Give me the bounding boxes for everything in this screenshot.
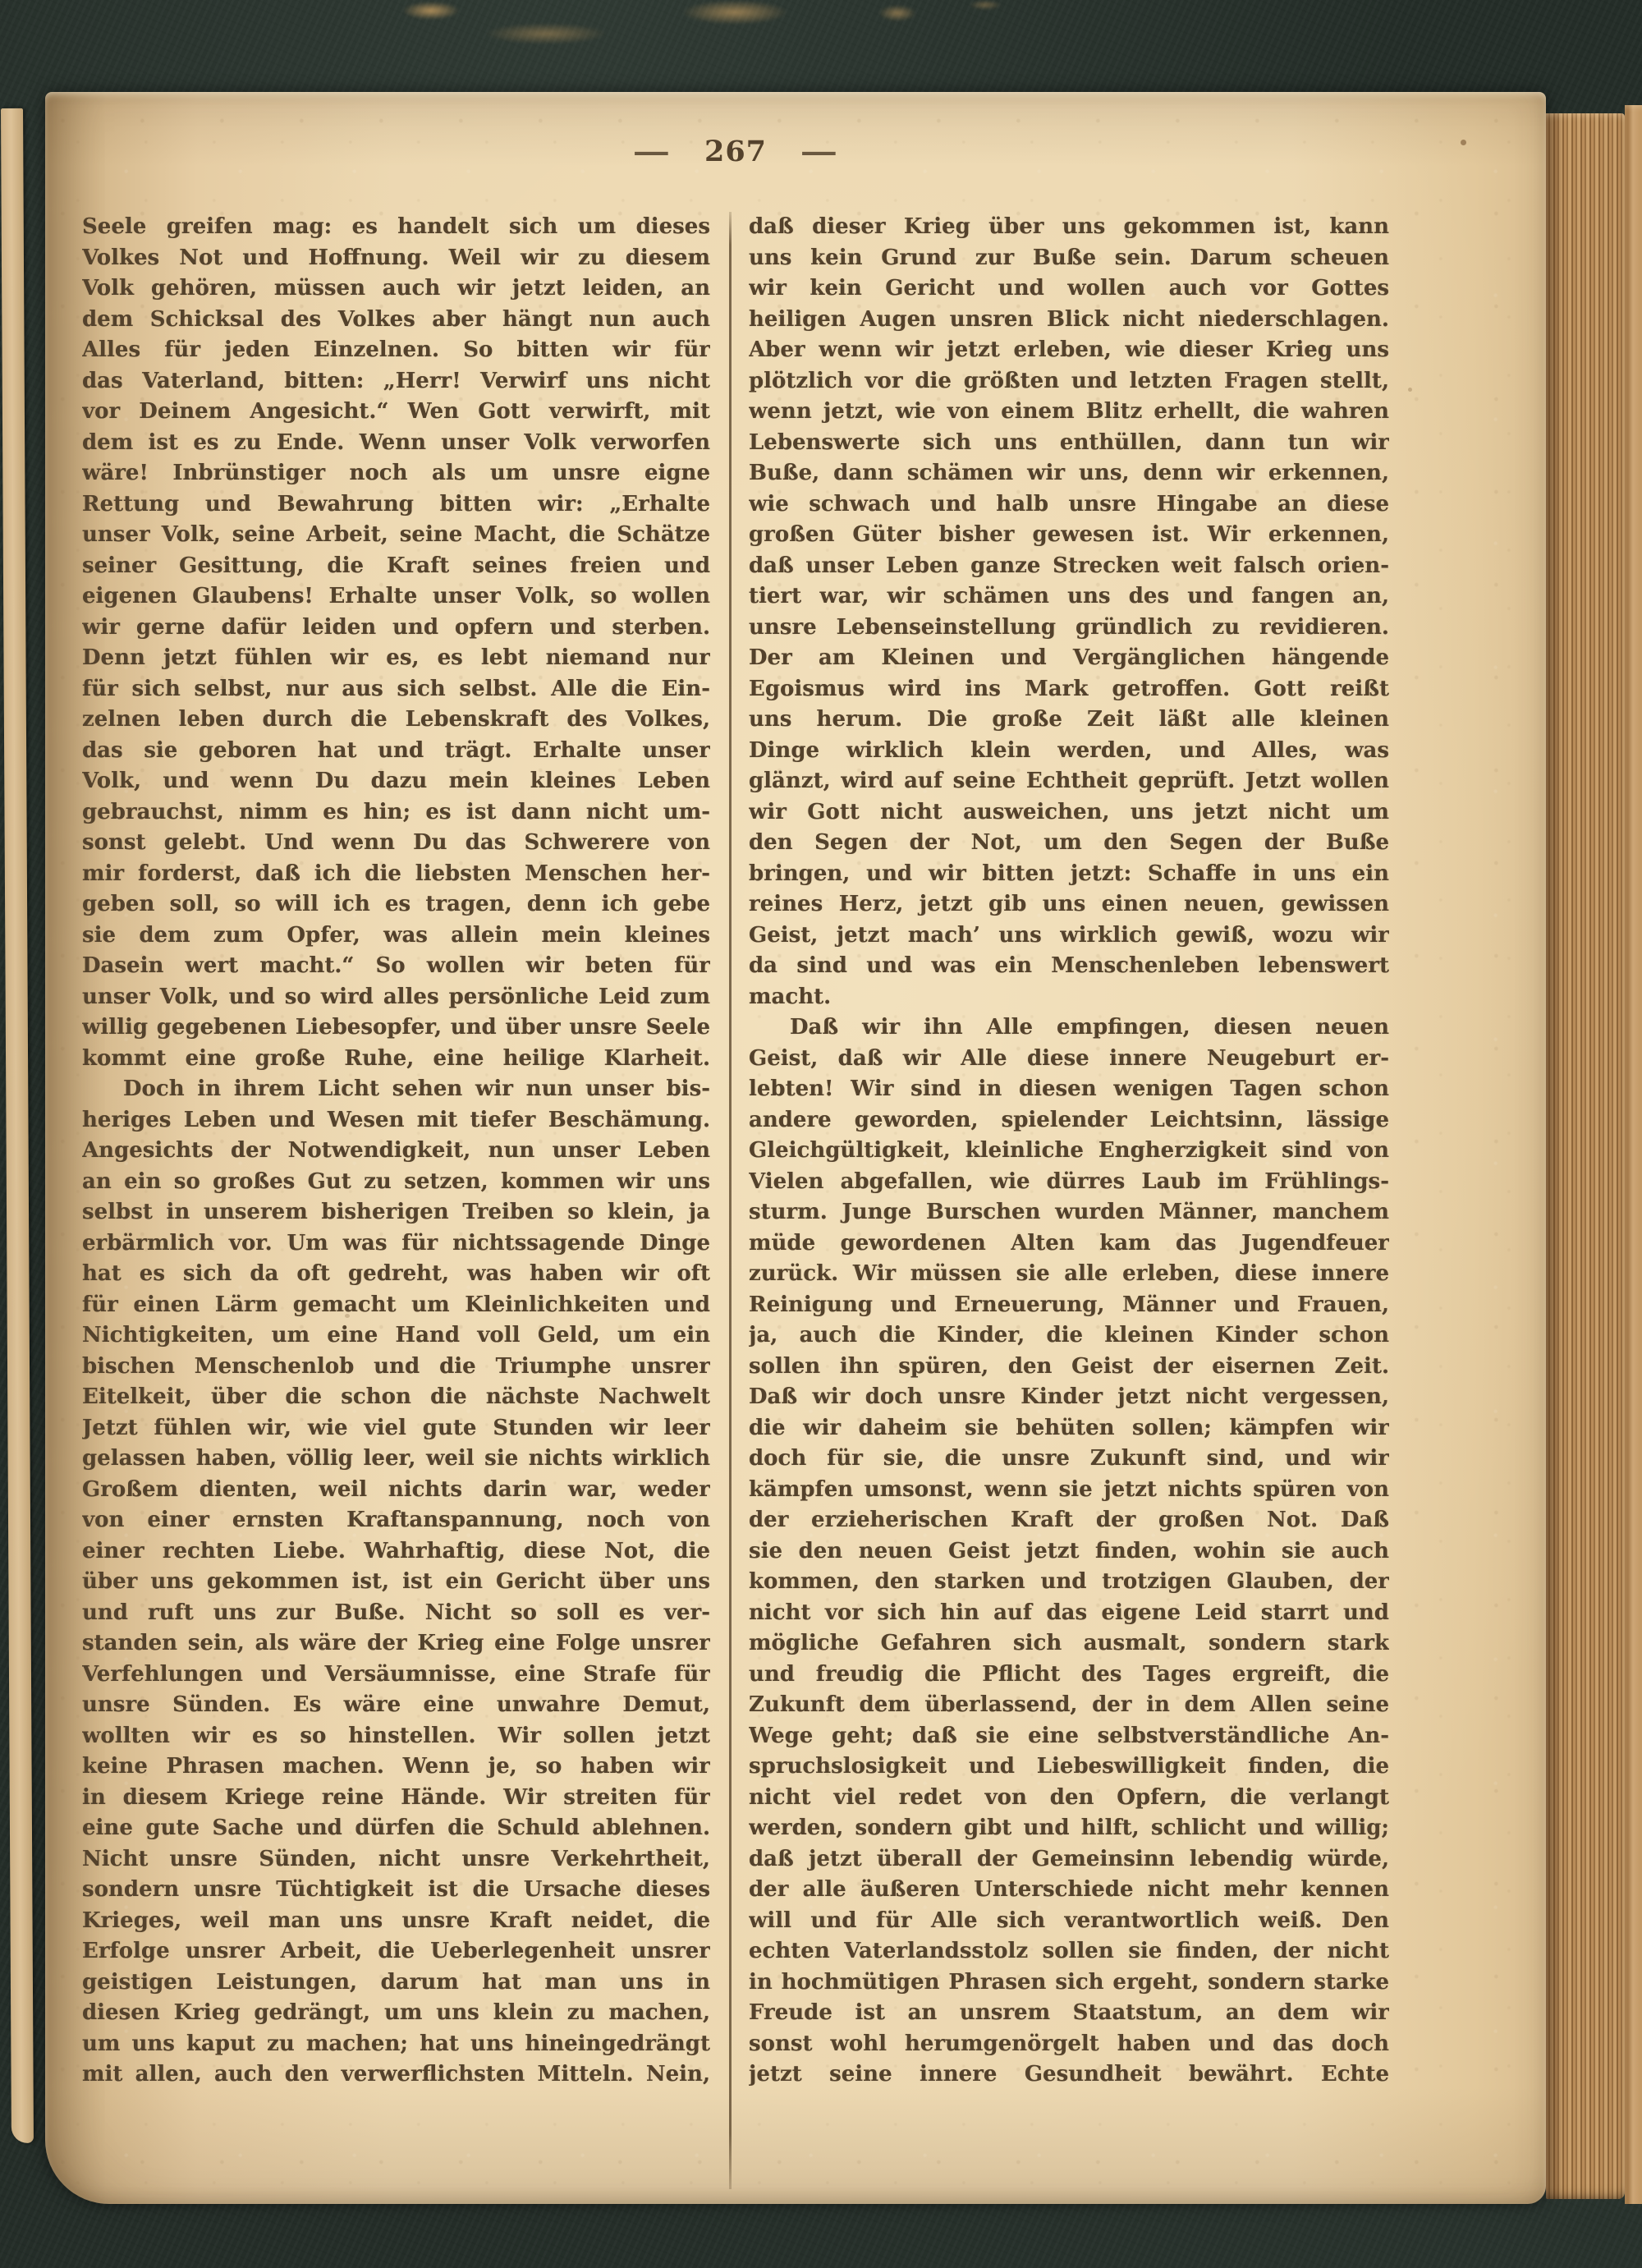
text-line: einer rechten Liebe. Wahrhaftig, diese N… [82, 1536, 710, 1568]
text-line: Rettung und Bewahrung bitten wir: „Erhal… [82, 489, 710, 521]
cover-scuff [402, 2, 460, 20]
text-line: standen sein, als wäre der Krieg eine Fo… [82, 1628, 710, 1660]
text-line: von einer ernsten Kraftanspannung, noch … [82, 1505, 710, 1536]
column-divider-rule [729, 212, 732, 2189]
text-line: Wege geht; daß sie eine selbstverständli… [749, 1721, 1389, 1752]
text-line: dem ist es zu Ende. Wenn unser Volk verw… [82, 428, 710, 459]
text-line: hat es sich da oft gedreht, was haben wi… [82, 1259, 710, 1290]
text-line: sondern unsre Tüchtigkeit ist die Ursach… [82, 1875, 710, 1906]
text-line: und freudig die Pflicht des Tages ergrei… [749, 1660, 1389, 1691]
text-line: wenn jetzt, wie von einem Blitz erhellt,… [749, 397, 1389, 428]
text-line: die wir daheim sie behüten sollen; kämpf… [749, 1413, 1389, 1444]
text-line: ja, auch die Kinder, die kleinen Kinder … [749, 1320, 1389, 1352]
text-line: den Segen der Not, um den Segen der Buße [749, 828, 1389, 859]
text-line: reines Herz, jetzt gib uns einen neuen, … [749, 889, 1389, 921]
text-line: mit allen, auch den verwerflichsten Mitt… [82, 2059, 710, 2091]
paper-speck [1408, 388, 1412, 392]
text-line: Volk, und wenn Du dazu mein kleines Lebe… [82, 766, 710, 797]
text-line: Großem dienten, weil nichts darin war, w… [82, 1475, 710, 1506]
text-line: Volk gehören, müssen auch wir jetzt leid… [82, 273, 710, 305]
text-line: das Vaterland, bitten: „Herr! Verwirf un… [82, 366, 710, 397]
text-line: Volkes Not und Hoffnung. Weil wir zu die… [82, 243, 710, 274]
text-line: kommt eine große Ruhe, eine heilige Klar… [82, 1044, 710, 1075]
text-line: sonst gelebt. Und wenn Du das Schwerere … [82, 828, 710, 859]
text-line: erbärmlich vor. Um was für nichtssagende… [82, 1228, 710, 1260]
text-line: wie schwach und halb unsre Hingabe an di… [749, 489, 1389, 521]
text-line: Krieges, weil man uns unsre Kraft neidet… [82, 1906, 710, 1937]
text-line: kämpfen umsonst, wenn sie jetzt nichts s… [749, 1475, 1389, 1506]
text-line: an ein so großes Gut zu setzen, kommen w… [82, 1167, 710, 1198]
text-line: bringen, und wir bitten jetzt: Schaffe i… [749, 859, 1389, 890]
text-line: zurück. Wir müssen sie alle erleben, die… [749, 1259, 1389, 1290]
text-line: doch für sie, die unsre Zukunft sind, un… [749, 1444, 1389, 1475]
text-line: unsre Sünden. Es wäre eine unwahre Demut… [82, 1690, 710, 1721]
text-line: Eitelkeit, über die schon die nächste Na… [82, 1382, 710, 1413]
text-line: wir Gott nicht ausweichen, uns jetzt nic… [749, 797, 1389, 829]
text-line: Freude ist an unsrem Staatstum, an dem w… [749, 1998, 1389, 2029]
text-line: da sind und was ein Menschenleben lebens… [749, 951, 1389, 982]
header-dash-left: — [633, 135, 672, 168]
text-line: plötzlich vor die größten und letzten Fr… [749, 366, 1389, 397]
text-line: nicht vor sich hin auf das eigene Leid s… [749, 1598, 1389, 1629]
text-line: Erfolge unsrer Arbeit, die Ueberlegenhei… [82, 1936, 710, 1967]
text-line: in hochmütigen Phrasen sich ergeht, sond… [749, 1967, 1389, 1999]
text-line: sie dem zum Opfer, was allein mein klein… [82, 921, 710, 952]
text-line: zelnen leben durch die Lebenskraft des V… [82, 705, 710, 736]
cover-scuff [969, 0, 1002, 10]
text-line: Der am Kleinen und Vergänglichen hängend… [749, 643, 1389, 674]
text-line: uns kein Grund zur Buße sein. Darum sche… [749, 243, 1389, 274]
text-line: gelassen haben, völlig leer, weil sie ni… [82, 1444, 710, 1475]
text-line: unsre Lebenseinstellung gründlich zu rev… [749, 613, 1389, 644]
cover-scuff [484, 23, 608, 44]
text-line: gebrauchst, nimm es hin; es ist dann nic… [82, 797, 710, 829]
cover-scuff [681, 0, 788, 25]
book-page: — 267 — Seele greifen mag: es handelt si… [45, 92, 1546, 2204]
text-line: großen Güter bisher gewesen ist. Wir erk… [749, 520, 1389, 551]
text-line: will und für Alle sich verantwortlich we… [749, 1906, 1389, 1937]
text-line: Nichtigkeiten, um eine Hand voll Geld, u… [82, 1320, 710, 1352]
text-line: kommen, den starken und trotzigen Glaube… [749, 1567, 1389, 1598]
text-line: Geist, daß wir Alle diese innere Neugebu… [749, 1044, 1389, 1075]
book-scan: — 267 — Seele greifen mag: es handelt si… [0, 0, 1642, 2268]
text-line: daß dieser Krieg über uns gekommen ist, … [749, 212, 1389, 243]
text-line: der erzieherischen Kraft der großen Not.… [749, 1505, 1389, 1536]
text-line: daß unser Leben ganze Strecken weit fals… [749, 551, 1389, 582]
header-dash-right: — [800, 135, 839, 168]
text-line: echten Vaterlandsstolz sollen sie finden… [749, 1936, 1389, 1967]
text-line: wir gerne dafür leiden und opfern und st… [82, 613, 710, 644]
text-line: für einen Lärm gemacht um Kleinlichkeite… [82, 1290, 710, 1321]
text-line: heriges Leben und Wesen mit tiefer Besch… [82, 1105, 710, 1136]
cover-scuff [878, 5, 916, 21]
previous-page-edge [1, 108, 34, 2143]
paper-speck [345, 1314, 350, 1318]
text-line: der alle äußeren Unterschiede nicht mehr… [749, 1875, 1389, 1906]
text-line: Aber wenn wir jetzt erleben, wie dieser … [749, 335, 1389, 366]
text-line: Reinigung und Erneuerung, Männer und Fra… [749, 1290, 1389, 1321]
text-line: geben soll, so will ich es tragen, denn … [82, 889, 710, 921]
text-line: nicht viel redet von den Opfern, die ver… [749, 1783, 1389, 1814]
text-line: sollen ihn spüren, den Geist der eiserne… [749, 1352, 1389, 1383]
text-line: um uns kaput zu machen; hat uns hineinge… [82, 2029, 710, 2060]
text-line: lebten! Wir sind in diesen wenigen Tagen… [749, 1074, 1389, 1105]
text-line: mögliche Gefahren sich ausmalt, sondern … [749, 1628, 1389, 1660]
text-line: Gleichgültigkeit, kleinliche Engherzigke… [749, 1136, 1389, 1167]
outer-page-edge [1625, 105, 1642, 2204]
text-line: selbst in unserem bisherigen Treiben so … [82, 1197, 710, 1228]
text-line: Buße, dann schämen wir uns, denn wir erk… [749, 458, 1389, 489]
text-line: willig gegebenen Liebesopfer, und über u… [82, 1012, 710, 1044]
text-line: Zukunft dem überlassend, der in dem Alle… [749, 1690, 1389, 1721]
text-line: Angesichts der Notwendigkeit, nun unser … [82, 1136, 710, 1167]
text-line: unser Volk, und so wird alles persönlich… [82, 982, 710, 1013]
text-line: spruchslosigkeit und Liebeswilligkeit fi… [749, 1752, 1389, 1783]
text-line: Lebenswerte sich uns enthüllen, dann tun… [749, 428, 1389, 459]
text-line: geistigen Leistungen, darum hat man uns … [82, 1967, 710, 1999]
text-line: Seele greifen mag: es handelt sich um di… [82, 212, 710, 243]
page-number: 267 [704, 135, 767, 168]
text-line: und ruft uns zur Buße. Nicht so soll es … [82, 1598, 710, 1629]
text-line: Nicht unsre Sünden, nicht unsre Verkehrt… [82, 1844, 710, 1875]
text-line: glänzt, wird auf seine Echtheit geprüft.… [749, 766, 1389, 797]
paper-speck [1461, 140, 1466, 145]
text-line: sonst wohl herumgenörgelt haben und das … [749, 2029, 1389, 2060]
text-line: Daß wir doch unsre Kinder jetzt nicht ve… [749, 1382, 1389, 1413]
text-line: bischen Menschenlob und die Triumphe uns… [82, 1352, 710, 1383]
text-line: sturm. Junge Burschen wurden Männer, man… [749, 1197, 1389, 1228]
text-line: Dinge wirklich klein werden, und Alles, … [749, 736, 1389, 767]
text-line: vor Deinem Angesicht.“ Wen Gott verwirft… [82, 397, 710, 428]
page-header: — 267 — [82, 135, 1389, 168]
book-fore-edge [1546, 113, 1625, 2199]
text-line: andere geworden, spielender Leichtsinn, … [749, 1105, 1389, 1136]
text-line: unser Volk, seine Arbeit, seine Macht, d… [82, 520, 710, 551]
text-line: seiner Gesittung, die Kraft seines freie… [82, 551, 710, 582]
text-line: uns herum. Die große Zeit läßt alle klei… [749, 705, 1389, 736]
text-line: über uns gekommen ist, ist ein Gericht ü… [82, 1567, 710, 1598]
text-line: keine Phrasen machen. Wenn je, so haben … [82, 1752, 710, 1783]
text-line: dem Schicksal des Volkes aber hängt nun … [82, 305, 710, 336]
text-line: daß jetzt überall der Gemeinsinn lebendi… [749, 1844, 1389, 1875]
text-column-left: Seele greifen mag: es handelt sich um di… [82, 212, 710, 2091]
text-line: mir forderst, daß ich die liebsten Mensc… [82, 859, 710, 890]
text-line: Vielen abgefallen, wie dürres Laub im Fr… [749, 1167, 1389, 1198]
text-line: Alles für jeden Einzelnen. So bitten wir… [82, 335, 710, 366]
text-line: sie den neuen Geist jetzt finden, wohin … [749, 1536, 1389, 1568]
text-line: Denn jetzt fühlen wir es, es lebt nieman… [82, 643, 710, 674]
text-line: in diesem Kriege reine Hände. Wir streit… [82, 1783, 710, 1814]
text-line: Verfehlungen und Versäumnisse, eine Stra… [82, 1660, 710, 1691]
text-line: müde gewordenen Alten kam das Jugendfeue… [749, 1228, 1389, 1260]
text-line: Egoismus wird ins Mark getroffen. Gott r… [749, 674, 1389, 705]
text-column-right: daß dieser Krieg über uns gekommen ist, … [749, 212, 1389, 2091]
text-line: wir kein Gericht und wollen auch vor Got… [749, 273, 1389, 305]
text-line: Jetzt fühlen wir, wie viel gute Stunden … [82, 1413, 710, 1444]
text-line: tiert war, wir schämen uns des und fange… [749, 581, 1389, 613]
text-line: das sie geboren hat und trägt. Erhalte u… [82, 736, 710, 767]
text-line: diesen Krieg gedrängt, um uns klein zu m… [82, 1998, 710, 2029]
text-line: für sich selbst, nur aus sich selbst. Al… [82, 674, 710, 705]
text-line: Geist, jetzt mach’ uns wirklich gewiß, w… [749, 921, 1389, 952]
text-line: heiligen Augen unsren Blick nicht nieder… [749, 305, 1389, 336]
text-line: Doch in ihrem Licht sehen wir nun unser … [82, 1074, 710, 1105]
text-line: macht. [749, 982, 1389, 1013]
text-line: jetzt seine innere Gesundheit bewährt. E… [749, 2059, 1389, 2091]
text-line: wäre! Inbrünstiger noch als um unsre eig… [82, 458, 710, 489]
text-line: wollten wir es so hinstellen. Wir sollen… [82, 1721, 710, 1752]
text-line: Daß wir ihn Alle empfingen, diesen neuen [749, 1012, 1389, 1044]
text-line: Dasein wert macht.“ So wollen wir beten … [82, 951, 710, 982]
text-line: werden, sondern gibt und hilft, schlicht… [749, 1813, 1389, 1844]
text-line: eigenen Glaubens! Erhalte unser Volk, so… [82, 581, 710, 613]
text-line: eine gute Sache und dürfen die Schuld ab… [82, 1813, 710, 1844]
